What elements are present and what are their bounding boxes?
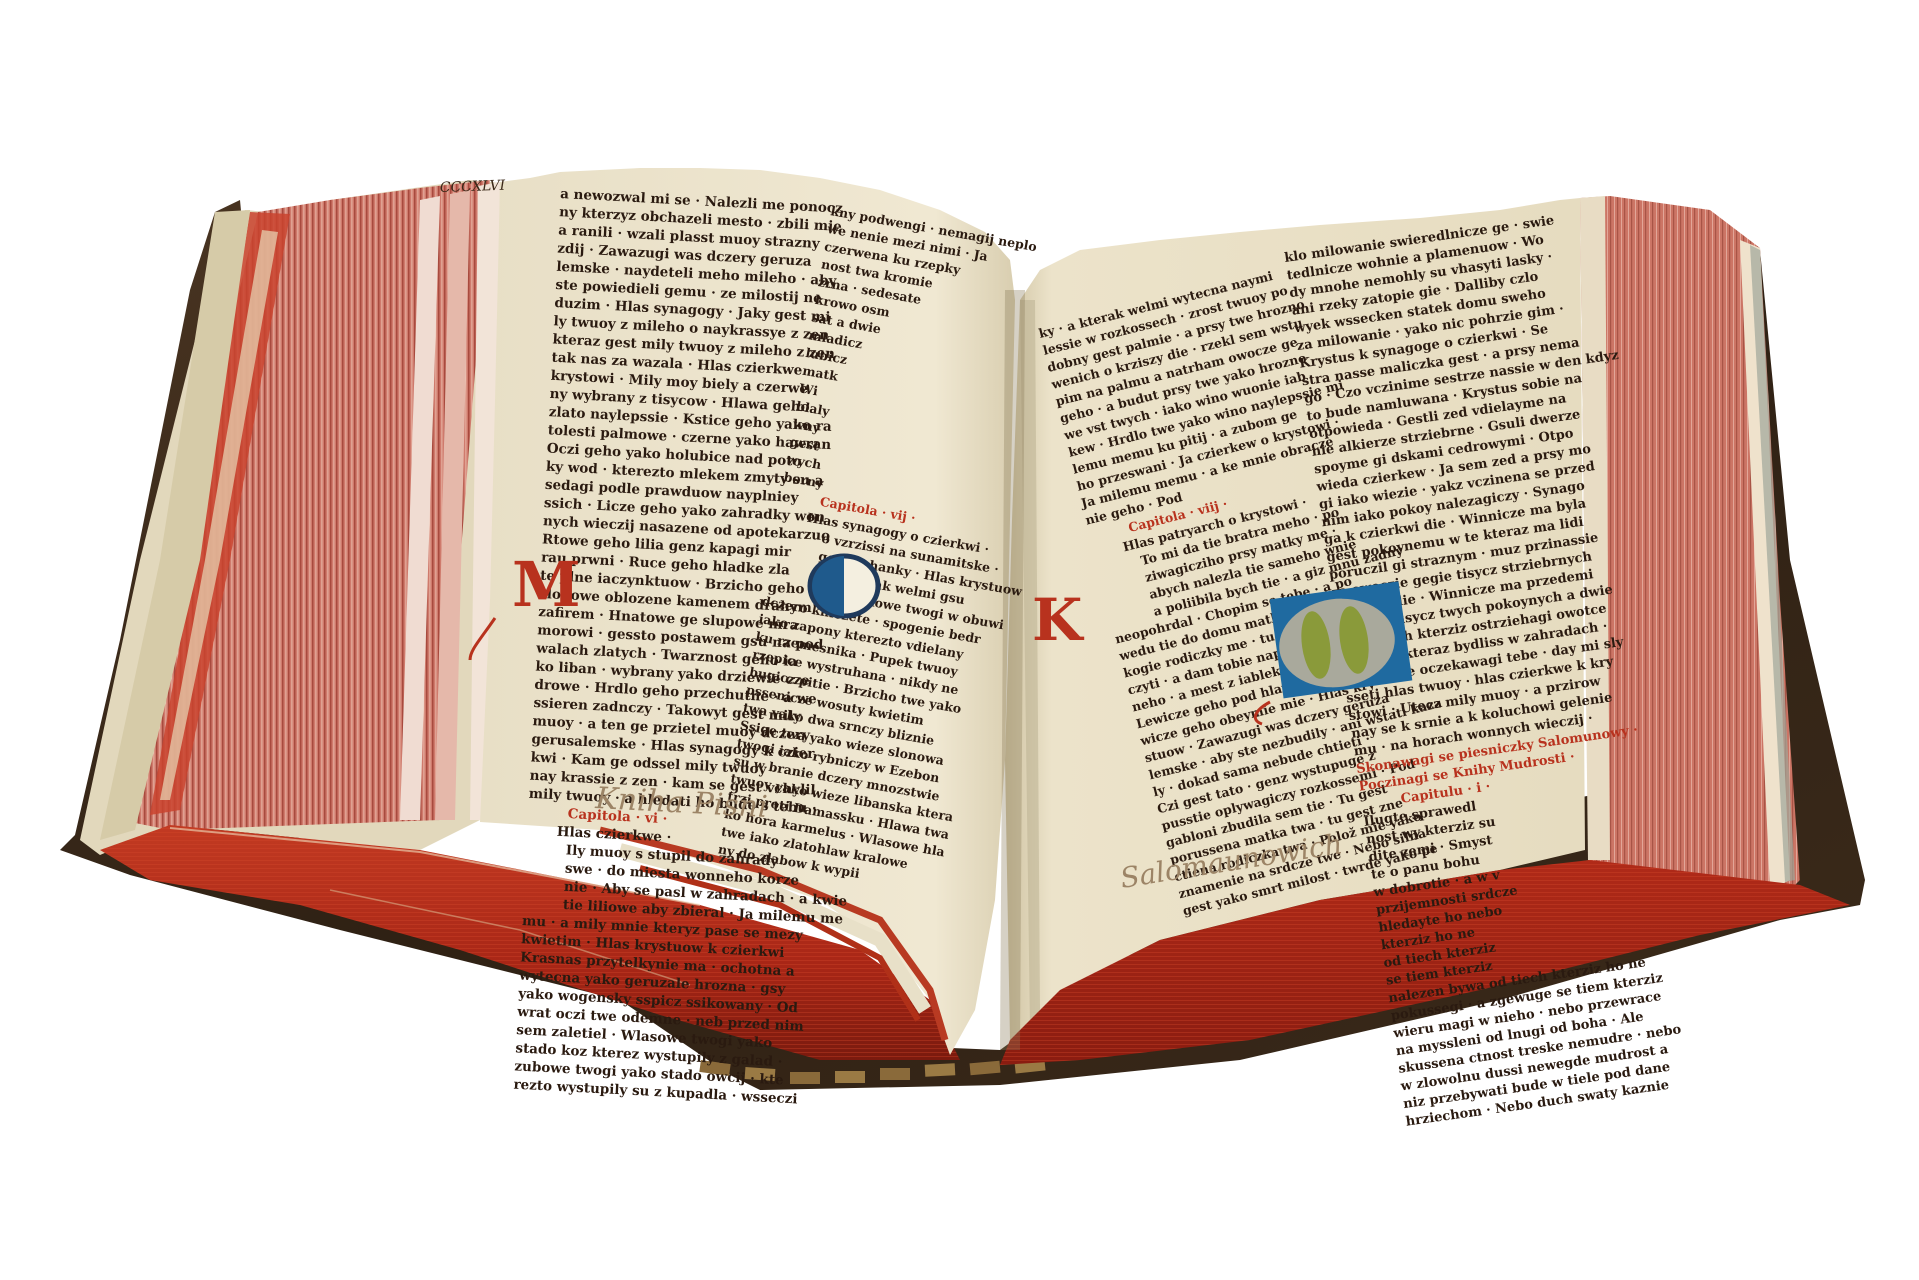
- initial-k-red: K: [1032, 586, 1085, 654]
- folio-number: CCCXLVI: [440, 178, 506, 196]
- initial-c-blue: [810, 556, 878, 616]
- svg-text:K: K: [1032, 586, 1085, 654]
- svg-text:M: M: [512, 548, 581, 621]
- book-photograph: a newozwal mi se · Nalezli me ponoczny k…: [0, 0, 1919, 1280]
- right-page-edges: [1580, 196, 1800, 900]
